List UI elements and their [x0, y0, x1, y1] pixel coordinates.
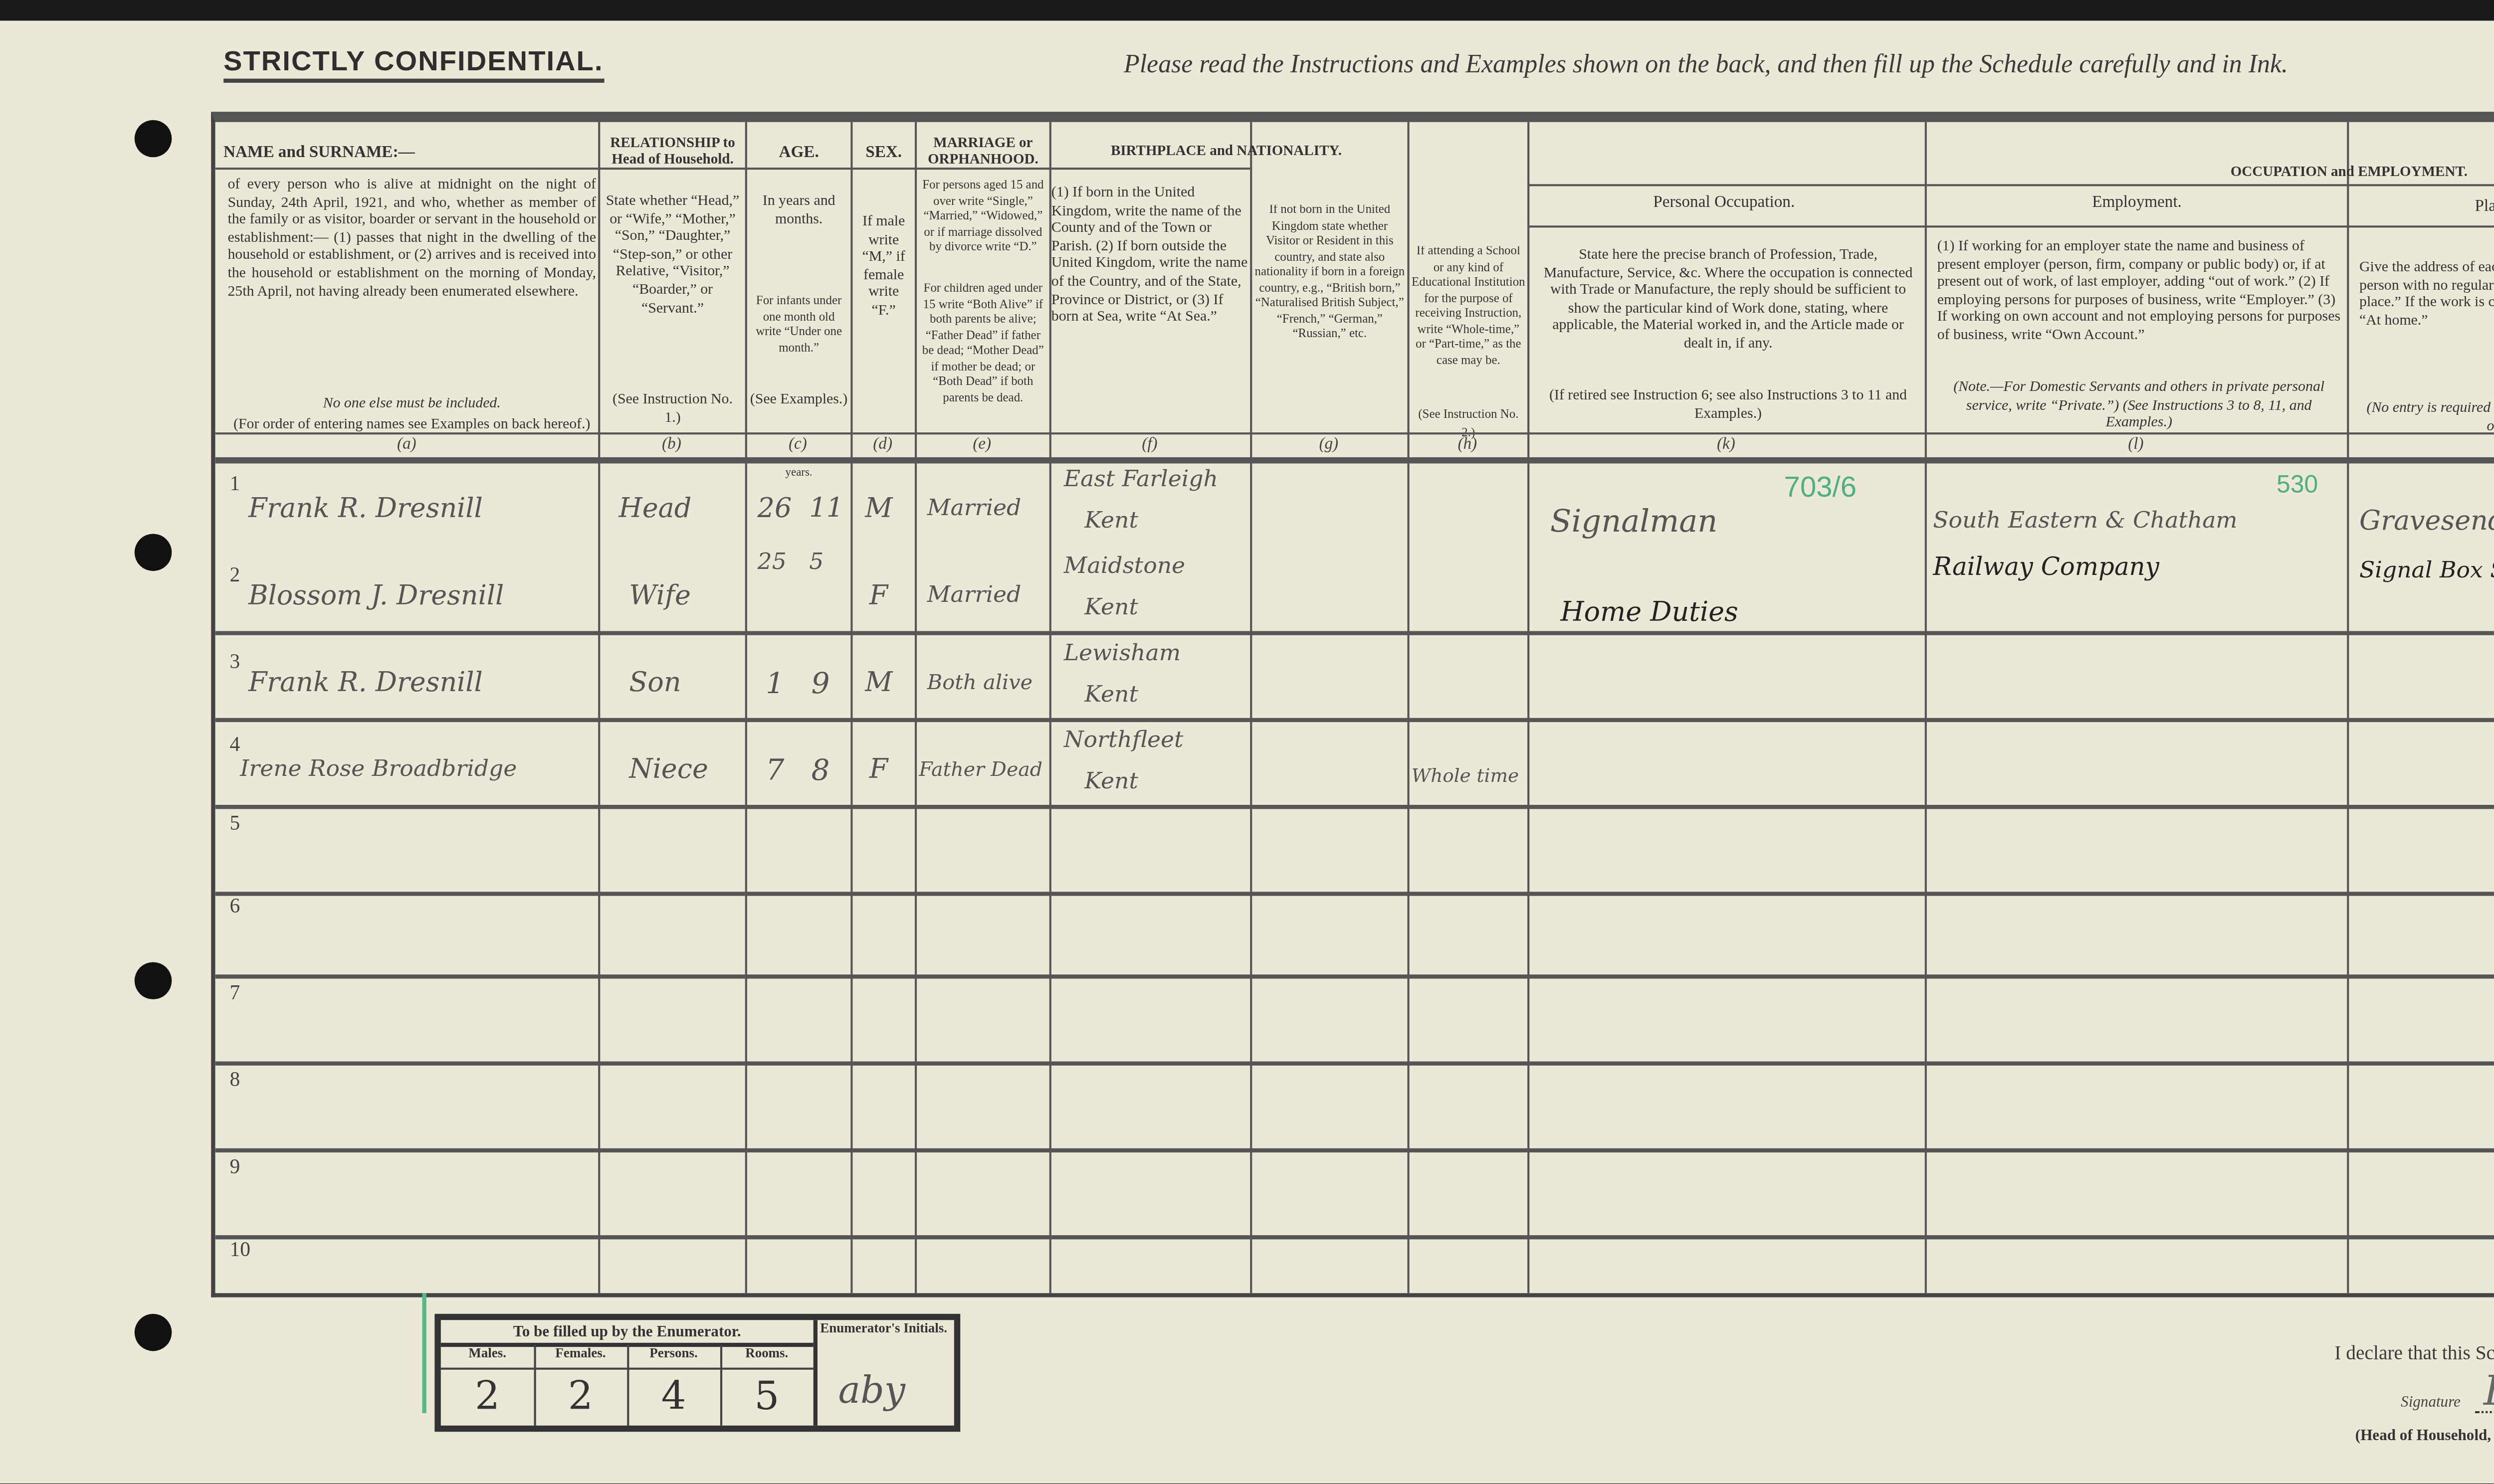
person-name: Irene Rose Broadbridge: [240, 755, 517, 782]
marriage-status: Father Dead: [919, 759, 1042, 782]
signature: Frank Dresnill: [2484, 1365, 2494, 1415]
col-occ-title: OCCUPATION and EMPLOYMENT.: [1527, 164, 2494, 180]
education-status: Whole time: [1412, 767, 1519, 788]
place-of-work: Gravesend: [2359, 507, 2494, 538]
punch-hole: [135, 962, 172, 999]
col-a-note: No one else must be included.: [227, 395, 596, 413]
sex: F: [869, 581, 888, 612]
col-k-title: Personal Occupation.: [1527, 192, 1920, 211]
col-a-title: NAME and SURNAME:—: [223, 143, 596, 161]
col-e-body: For persons aged 15 and over write “Sing…: [919, 180, 1047, 258]
punch-hole: [135, 120, 172, 158]
enumerator-summary-box: To be filled up by the Enumerator. Enume…: [434, 1314, 960, 1432]
place-of-work: Signal Box SE&C Ry: [2359, 556, 2494, 583]
person-name: Frank R. Dresnill: [248, 495, 483, 526]
punch-hole: [135, 534, 172, 571]
col-c-note2: (See Examples.): [749, 391, 848, 409]
col-d-title: SEX.: [852, 143, 914, 161]
age-years: 1: [766, 668, 784, 701]
col-c-body: In years and months.: [749, 192, 848, 228]
punch-hole: [135, 1314, 172, 1351]
signature-note: (Head of Household, Manager of Establish…: [2355, 1426, 2494, 1444]
col-g-body: If not born in the United Kingdom state …: [1254, 205, 1405, 345]
employment-code: 530: [2277, 470, 2318, 499]
relationship: Head: [619, 495, 692, 526]
marriage-status: Married: [927, 495, 1021, 522]
persons-count: 4: [627, 1374, 720, 1419]
col-m-title: Place of Work.: [2349, 196, 2494, 215]
census-schedule-page: STRICTLY CONFIDENTIAL. Please read the I…: [0, 20, 2494, 1483]
age-years: 26: [758, 495, 792, 526]
age-months: 8: [811, 755, 830, 788]
birthplace-county: Kent: [1084, 507, 1138, 534]
enumerator-box-heading: To be filled up by the Enumerator.: [441, 1320, 814, 1347]
col-fg-title: BIRTHPLACE and NATIONALITY.: [1045, 143, 1407, 159]
birthplace-town: Northfleet: [1064, 726, 1184, 753]
col-b-note: (See Instruction No. 1.): [605, 391, 741, 426]
signature-label: Signature: [2401, 1392, 2461, 1411]
col-k-body: State here the precise branch of Profess…: [1540, 246, 1916, 353]
birthplace-county: Kent: [1084, 767, 1138, 794]
age-months: 5: [809, 549, 824, 575]
declaration-text: I declare that this Schedule is correctl…: [2334, 1345, 2494, 1365]
sex: M: [865, 495, 892, 526]
enumerator-initials-label: Enumerator's Initials.: [818, 1322, 950, 1336]
marriage-status: Both alive: [927, 672, 1033, 695]
col-m-note: (No entry is required for any person who…: [2359, 399, 2494, 435]
occupation: Home Duties: [1560, 598, 1738, 629]
birthplace-town: Lewisham: [1064, 639, 1181, 666]
age-years: 7: [766, 755, 784, 788]
marriage-status: Married: [927, 581, 1021, 608]
col-a-body: of every person who is alive at midnight…: [227, 176, 596, 301]
top-instruction: Please read the Instructions and Example…: [1124, 50, 2288, 81]
sex: F: [869, 755, 888, 786]
rooms-count: 5: [720, 1374, 814, 1419]
col-a-note2: (For order of entering names see Example…: [227, 416, 596, 434]
males-count: 2: [441, 1374, 534, 1419]
census-table: NAME and SURNAME:— RELATIONSHIP to Head …: [211, 112, 2494, 1297]
age-months: 11: [809, 495, 843, 526]
col-c-title: AGE.: [747, 143, 850, 161]
confidential-title: STRICTLY CONFIDENTIAL.: [223, 45, 603, 83]
occupation-code: 703/6: [1784, 470, 1857, 503]
relationship: Son: [629, 668, 681, 699]
col-f-body: (1) If born in the United Kingdom, write…: [1051, 184, 1248, 326]
col-e-title: MARRIAGE or ORPHANHOOD.: [917, 135, 1049, 168]
col-b-body: State whether “Head,” or “Wife,” “Mother…: [605, 192, 741, 317]
relationship: Wife: [629, 581, 691, 612]
age-months: 9: [811, 668, 830, 701]
person-name: Frank R. Dresnill: [248, 668, 483, 699]
birthplace-town: Maidstone: [1064, 553, 1185, 579]
sex: M: [865, 668, 892, 699]
females-count: 2: [534, 1374, 627, 1419]
relationship: Niece: [629, 755, 708, 786]
occupation: Signalman: [1550, 503, 1718, 540]
green-annotation-line: [422, 1293, 426, 1413]
col-e-note: For children aged under 15 write “Both A…: [919, 283, 1047, 407]
enumerator-initials: aby: [838, 1370, 905, 1413]
col-c-note: For infants under one month old write “U…: [749, 296, 848, 358]
col-l-title: Employment.: [1927, 192, 2347, 211]
col-k-note: (If retired see Instruction 6; see also …: [1540, 387, 1916, 422]
birthplace-county: Kent: [1084, 594, 1138, 621]
employer: Railway Company: [1933, 553, 2159, 581]
birthplace-town: East Farleigh: [1064, 466, 1218, 493]
col-m-body: Give the address of each person's place …: [2359, 259, 2494, 330]
col-d-body: If male write “M,” if female write “F.”: [855, 213, 913, 320]
employer: South Eastern & Chatham: [1933, 507, 2237, 534]
person-name: Blossom J. Dresnill: [248, 581, 504, 612]
col-h-body: If attending a School or any kind of Edu…: [1412, 246, 1525, 371]
col-l-note: (Note.—For Domestic Servants and others …: [1937, 378, 2341, 432]
birthplace-county: Kent: [1084, 681, 1138, 708]
col-b-title: RELATIONSHIP to Head of Household.: [600, 135, 745, 168]
col-l-body: (1) If working for an employer state the…: [1937, 238, 2341, 345]
age-years: 25: [758, 549, 787, 575]
